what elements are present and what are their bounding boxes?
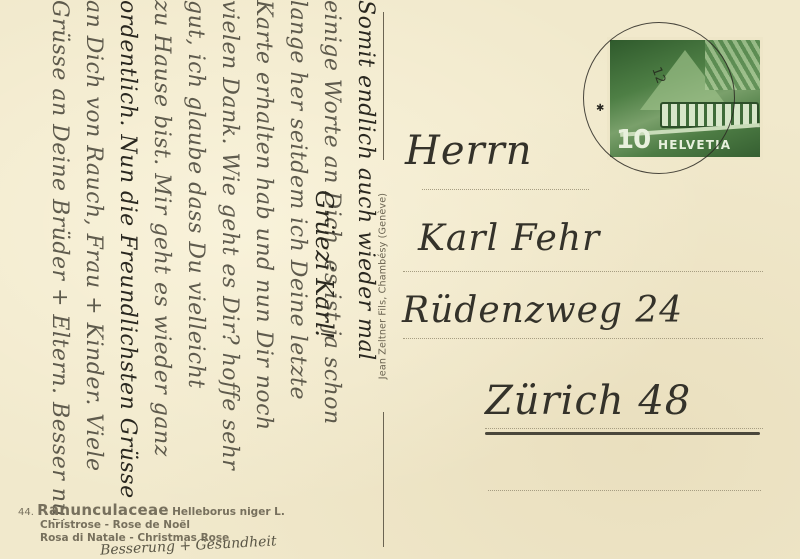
message-line: zu Hause bist. Mir geht es wieder ganz — [144, 0, 178, 520]
message-line: ordentlich. Nun die Freundlichsten Grüss… — [110, 0, 144, 520]
center-divider — [383, 412, 384, 547]
caption-number: 44. — [18, 507, 34, 518]
address-dotted-line — [403, 338, 763, 339]
message-line: an Dich von Rauch, Frau + Kinder. Viele — [76, 0, 110, 520]
address-dotted-line — [403, 271, 763, 272]
address-dotted-line — [485, 428, 763, 429]
address-dotted-line — [422, 189, 589, 190]
address-name: Karl Fehr — [418, 218, 600, 259]
caption-latin-name: Helleborus niger L. — [172, 506, 285, 518]
message-line: lange her seitdem ich Deine letzte — [280, 0, 314, 520]
message-line: Somit endlich auch wieder mal — [348, 0, 380, 520]
address-dotted-line-blank — [488, 490, 761, 491]
publisher-imprint: Jean Zeltner Fils, Chambésy (Genève) — [378, 193, 389, 379]
address-street: Rüdenzweg 24 — [402, 290, 683, 331]
center-divider — [383, 12, 384, 160]
message-greeting: Grüezi Karl! — [310, 190, 338, 339]
address-city: Zürich 48 — [485, 378, 691, 424]
caption-common-names: Christrose - Rose de Noël — [18, 519, 285, 532]
message-line: gut, ich glaube dass Du vielleicht — [178, 0, 212, 520]
caption-family: Ranunculaceae — [37, 501, 169, 519]
postmark-star-icon: ✱ — [596, 103, 604, 114]
message-line: vielen Dank. Wie geht es Dir? hoffe sehr — [212, 0, 246, 520]
message-line: Grüsse an Deine Brüder + Eltern. Besser … — [42, 0, 76, 520]
address-salutation: Herrn — [405, 128, 533, 174]
message-line: Karte erhalten hab und nun Dir noch — [246, 0, 280, 520]
city-underline — [485, 432, 760, 435]
cancellation-postmark-icon — [583, 22, 735, 174]
postcard-back: Somit endlich auch wieder mal einige Wor… — [0, 0, 800, 559]
